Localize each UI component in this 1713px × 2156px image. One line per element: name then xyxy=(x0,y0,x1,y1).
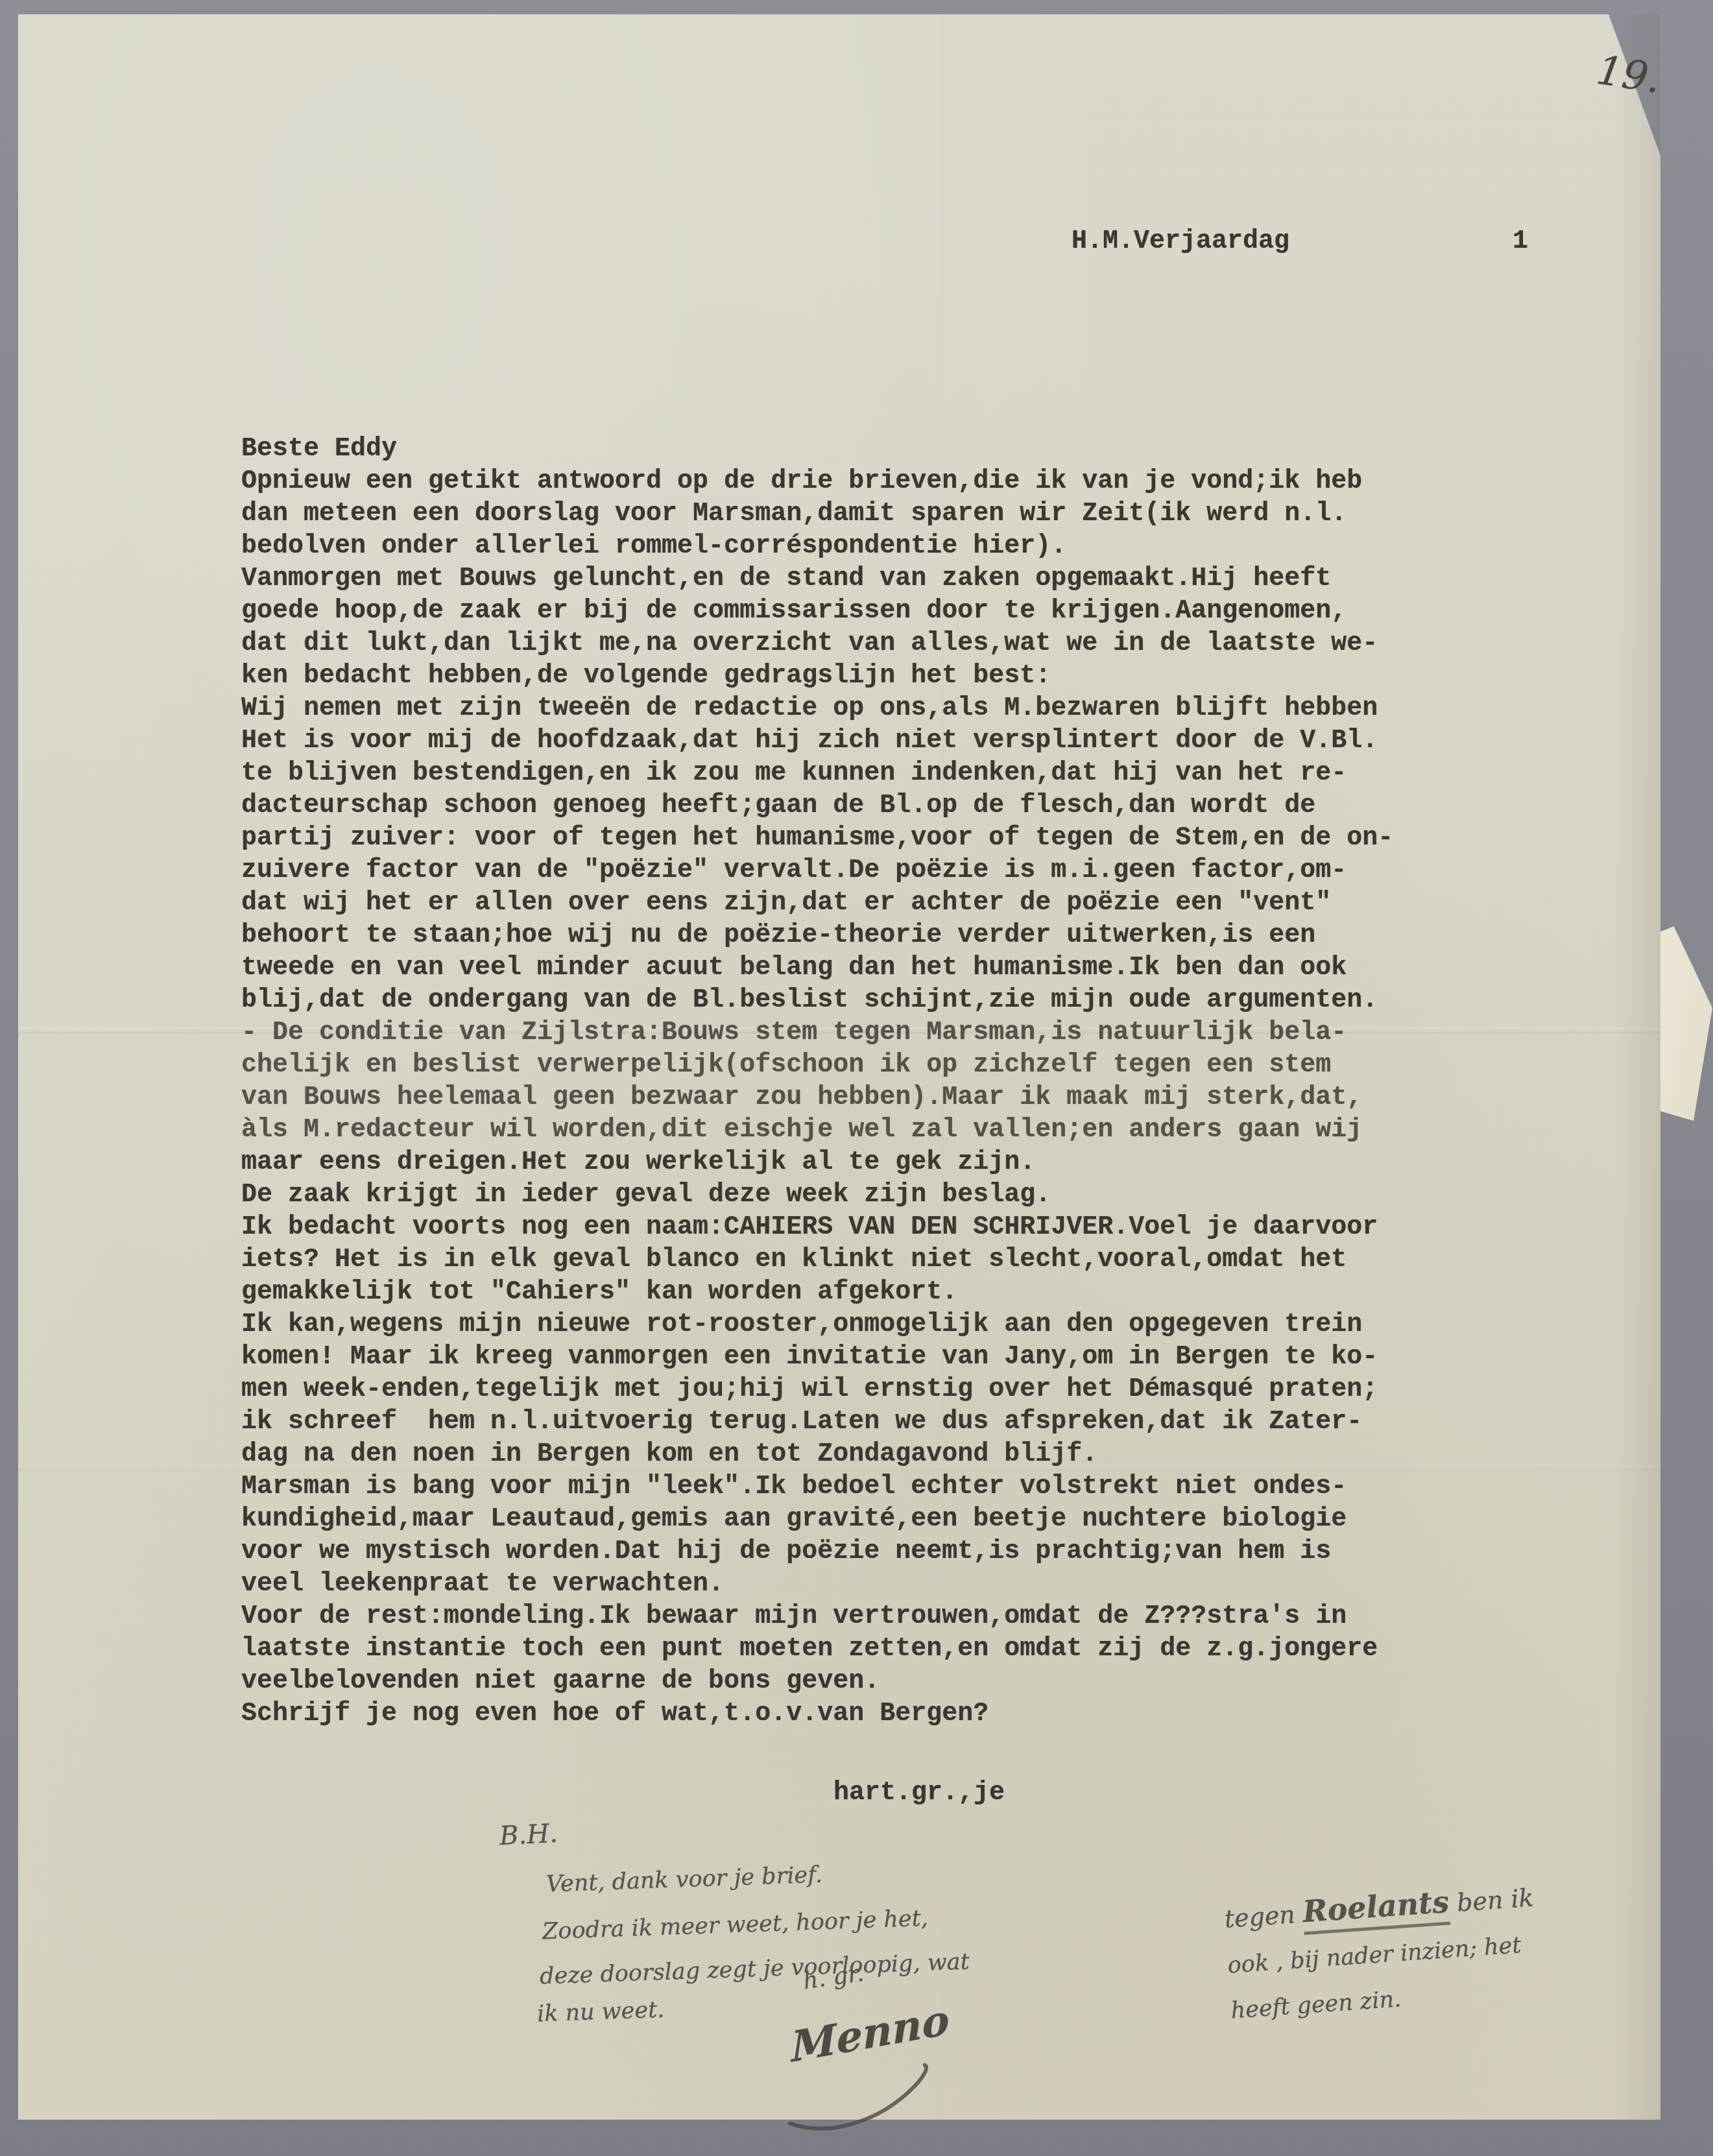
signature-flourish xyxy=(774,2048,950,2143)
typed-line: ik schreef hem n.l.uitvoerig terug.Laten… xyxy=(241,1406,1393,1439)
typed-line: Het is voor mij de hoofdzaak,dat hij zic… xyxy=(241,725,1393,758)
typed-closing: hart.gr.,je xyxy=(833,1779,1005,1808)
typed-line: dacteurschap schoon genoeg heeft;gaan de… xyxy=(241,790,1393,822)
typed-line: kundigheid,maar Leautaud,gemis aan gravi… xyxy=(241,1503,1393,1536)
typed-line: ken bedacht hebben,de volgende gedragsli… xyxy=(241,660,1393,693)
typed-line: men week-enden,tegelijk met jou;hij wil … xyxy=(241,1374,1393,1406)
typed-line: voor we mystisch worden.Dat hij de poëzi… xyxy=(241,1536,1393,1568)
typed-line: De zaak krijgt in ieder geval deze week … xyxy=(241,1179,1393,1212)
typed-line: dag na den noen in Bergen kom en tot Zon… xyxy=(241,1439,1393,1471)
typed-line: Beste Eddy xyxy=(241,433,1393,466)
typed-line: laatste instantie toch een punt moeten z… xyxy=(241,1633,1393,1666)
typed-line: Ik bedacht voorts nog een naam:CAHIERS V… xyxy=(241,1212,1393,1244)
typed-line: Ik kan,wegens mijn nieuwe rot-rooster,on… xyxy=(241,1309,1393,1341)
typed-line: - De conditie van Zijlstra:Bouws stem te… xyxy=(241,1017,1393,1049)
pencil-ps-salutation: B.H. xyxy=(499,1819,558,1852)
typed-line: Opnieuw een getikt antwoord op de drie b… xyxy=(241,466,1393,498)
typed-line: Wij nemen met zijn tweeën de redactie op… xyxy=(241,693,1393,725)
typed-line: behoort te staan;hoe wij nu de poëzie-th… xyxy=(241,920,1393,952)
note-word-roelants-underlined: Roelants xyxy=(1302,1884,1451,1935)
typed-line: Marsman is bang voor mijn "leek".Ik bedo… xyxy=(241,1471,1393,1503)
pencil-note-right: tegen Roelants ben ik ook , bij nader in… xyxy=(1223,1872,1542,2034)
typed-line: iets? Het is in elk geval blanco en klin… xyxy=(241,1244,1393,1276)
typed-line: dat dit lukt,dan lijkt me,na overzicht v… xyxy=(241,628,1393,660)
typed-line: Schrijf je nog even hoe of wat,t.o.v.van… xyxy=(241,1698,1393,1731)
pencil-page-number: 19. xyxy=(1594,46,1664,103)
typed-line: chelijk en beslist verwerpelijk(ofschoon… xyxy=(241,1049,1393,1082)
typed-line: Vanmorgen met Bouws geluncht,en de stand… xyxy=(241,563,1393,595)
typed-line: partij zuiver: voor of tegen het humanis… xyxy=(241,822,1393,855)
typed-line: Voor de rest:mondeling.Ik bewaar mijn ve… xyxy=(241,1601,1393,1633)
letter-body: Beste Eddy Opnieuw een getikt antwoord o… xyxy=(241,433,1393,1731)
typed-line: bedolven onder allerlei rommel-corréspon… xyxy=(241,531,1393,563)
pencil-ps-line: ik nu weet. xyxy=(536,1997,665,2028)
typed-line: àls M.redacteur wil worden,dit eischje w… xyxy=(241,1114,1393,1147)
typed-line: dat wij het er allen over eens zijn,dat … xyxy=(241,887,1393,920)
typed-page-number: 1 xyxy=(1513,227,1528,256)
typed-line: tweede en van veel minder acuut belang d… xyxy=(241,952,1393,985)
typed-line: veelbelovenden niet gaarne de bons geven… xyxy=(241,1666,1393,1698)
typed-line: gemakkelijk tot "Cahiers" kan worden afg… xyxy=(241,1276,1393,1309)
typed-line: komen! Maar ik kreeg vanmorgen een invit… xyxy=(241,1341,1393,1374)
note-line1-rest: ben ik xyxy=(1448,1884,1535,1918)
scan-background: 19. H.M.Verjaardag 1 Beste Eddy Opnieuw … xyxy=(0,0,1713,2156)
typed-line: zuivere factor van de "poëzie" vervalt.D… xyxy=(241,855,1393,887)
note-word-tegen: tegen xyxy=(1223,1899,1304,1933)
typed-line: veel leekenpraat te verwachten. xyxy=(241,1568,1393,1601)
typed-line: blij,dat de ondergang van de Bl.beslist … xyxy=(241,985,1393,1017)
letter-header-title: H.M.Verjaardag xyxy=(1072,227,1289,256)
typed-line: te blijven bestendigen,en ik zou me kunn… xyxy=(241,758,1393,790)
typed-line: van Bouws heelemaal geen bezwaar zou heb… xyxy=(241,1082,1393,1114)
typed-line: goede hoop,de zaak er bij de commissaris… xyxy=(241,595,1393,628)
typed-line: dan meteen een doorslag voor Marsman,dam… xyxy=(241,498,1393,531)
typed-line: maar eens dreigen.Het zou werkelijk al t… xyxy=(241,1147,1393,1179)
